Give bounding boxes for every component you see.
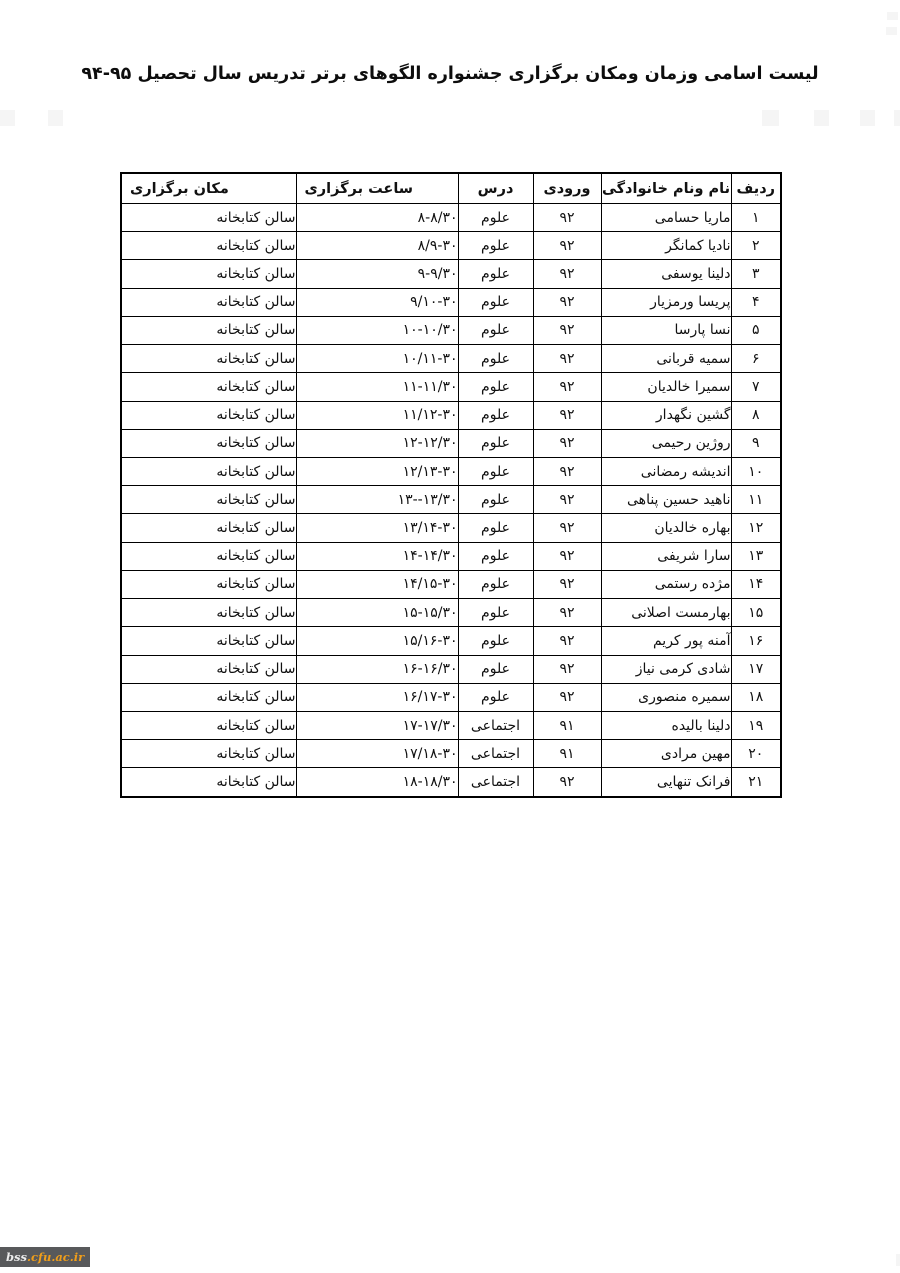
cell-rownum: ۲ — [731, 232, 781, 260]
registration-mark — [48, 110, 63, 126]
cell-location: سالن کتابخانه — [121, 345, 296, 373]
watermark-prefix: bss — [6, 1247, 27, 1267]
header-entry: ورودی — [533, 173, 601, 204]
cell-location: سالن کتابخانه — [121, 316, 296, 344]
cell-location: سالن کتابخانه — [121, 655, 296, 683]
cell-course: علوم — [458, 204, 533, 232]
header-time: ساعت برگزاری — [296, 173, 458, 204]
cell-rownum: ۱۷ — [731, 655, 781, 683]
cell-course: علوم — [458, 316, 533, 344]
cell-entry: ۹۲ — [533, 542, 601, 570]
cell-name: شادی کرمی نیاز — [601, 655, 731, 683]
cell-rownum: ۱۱ — [731, 486, 781, 514]
cell-time: ۱۲-۱۲/۳۰ — [296, 429, 458, 457]
cell-rownum: ۱۵ — [731, 599, 781, 627]
cell-location: سالن کتابخانه — [121, 401, 296, 429]
cell-location: سالن کتابخانه — [121, 204, 296, 232]
cell-name: نادیا کمانگر — [601, 232, 731, 260]
table-row: ۱۱ ناهید حسین پناهی ۹۲ علوم ۱۳--۱۳/۳۰ سا… — [121, 486, 781, 514]
cell-course: علوم — [458, 345, 533, 373]
table-row: ۱۹ دلینا بالیده ۹۱ اجتماعی ۱۷-۱۷/۳۰ سالن… — [121, 711, 781, 739]
cell-time: ۱۵/۱۶-۳۰ — [296, 627, 458, 655]
cell-location: سالن کتابخانه — [121, 683, 296, 711]
cell-time: ۹-۹/۳۰ — [296, 260, 458, 288]
cell-time: ۱۳--۱۳/۳۰ — [296, 486, 458, 514]
page-title: لیست اسامی وزمان ومکان برگزاری جشنواره ا… — [0, 64, 900, 84]
header-rownum: ردیف — [731, 173, 781, 204]
cell-course: علوم — [458, 401, 533, 429]
cell-location: سالن کتابخانه — [121, 711, 296, 739]
cell-rownum: ۱۸ — [731, 683, 781, 711]
cell-rownum: ۱ — [731, 204, 781, 232]
cell-time: ۱۱-۱۱/۳۰ — [296, 373, 458, 401]
table-row: ۹ روژین رحیمی ۹۲ علوم ۱۲-۱۲/۳۰ سالن کتاب… — [121, 429, 781, 457]
cell-location: سالن کتابخانه — [121, 740, 296, 768]
cell-location: سالن کتابخانه — [121, 514, 296, 542]
table-row: ۵ نسا پارسا ۹۲ علوم ۱۰-۱۰/۳۰ سالن کتابخا… — [121, 316, 781, 344]
page-title-years: ۹۴-۹۵ — [81, 64, 131, 84]
cell-location: سالن کتابخانه — [121, 288, 296, 316]
cell-name: سمیه قربانی — [601, 345, 731, 373]
cell-entry: ۹۲ — [533, 457, 601, 485]
registration-mark — [814, 110, 829, 126]
cell-entry: ۹۲ — [533, 768, 601, 797]
table-row: ۱۷ شادی کرمی نیاز ۹۲ علوم ۱۶-۱۶/۳۰ سالن … — [121, 655, 781, 683]
cell-location: سالن کتابخانه — [121, 768, 296, 797]
cell-name: روژین رحیمی — [601, 429, 731, 457]
table-row: ۱۸ سمیره منصوری ۹۲ علوم ۱۶/۱۷-۳۰ سالن کت… — [121, 683, 781, 711]
cell-course: علوم — [458, 514, 533, 542]
cell-rownum: ۱۲ — [731, 514, 781, 542]
header-location: مکان برگزاری — [121, 173, 296, 204]
registration-mark — [886, 27, 897, 35]
page-title-text: لیست اسامی وزمان ومکان برگزاری جشنواره ا… — [137, 64, 818, 84]
cell-name: پریسا ورمزیار — [601, 288, 731, 316]
cell-time: ۱۶/۱۷-۳۰ — [296, 683, 458, 711]
table-row: ۳ دلینا یوسفی ۹۲ علوم ۹-۹/۳۰ سالن کتابخا… — [121, 260, 781, 288]
cell-location: سالن کتابخانه — [121, 373, 296, 401]
header-name: نام ونام خانوادگی — [601, 173, 731, 204]
cell-time: ۱۵-۱۵/۳۰ — [296, 599, 458, 627]
cell-rownum: ۱۴ — [731, 570, 781, 598]
cell-name: ماریا حسامی — [601, 204, 731, 232]
cell-location: سالن کتابخانه — [121, 542, 296, 570]
cell-name: مهین مرادی — [601, 740, 731, 768]
table-row: ۶ سمیه قربانی ۹۲ علوم ۱۰/۱۱-۳۰ سالن کتاب… — [121, 345, 781, 373]
cell-location: سالن کتابخانه — [121, 457, 296, 485]
cell-time: ۸/۹-۳۰ — [296, 232, 458, 260]
cell-time: ۱۳/۱۴-۳۰ — [296, 514, 458, 542]
cell-course: علوم — [458, 373, 533, 401]
cell-location: سالن کتابخانه — [121, 570, 296, 598]
site-watermark: bss.cfu.ac.ir — [0, 1247, 90, 1267]
cell-entry: ۹۱ — [533, 711, 601, 739]
cell-time: ۱۰/۱۱-۳۰ — [296, 345, 458, 373]
cell-entry: ۹۲ — [533, 401, 601, 429]
cell-location: سالن کتابخانه — [121, 486, 296, 514]
table-row: ۱۶ آمنه پور کریم ۹۲ علوم ۱۵/۱۶-۳۰ سالن ک… — [121, 627, 781, 655]
table-row: ۷ سمیرا خالدیان ۹۲ علوم ۱۱-۱۱/۳۰ سالن کت… — [121, 373, 781, 401]
cell-rownum: ۱۹ — [731, 711, 781, 739]
cell-course: اجتماعی — [458, 740, 533, 768]
cell-course: علوم — [458, 486, 533, 514]
registration-mark — [887, 12, 898, 20]
cell-name: سمیره منصوری — [601, 683, 731, 711]
cell-name: دلینا بالیده — [601, 711, 731, 739]
cell-location: سالن کتابخانه — [121, 260, 296, 288]
cell-rownum: ۷ — [731, 373, 781, 401]
cell-name: سمیرا خالدیان — [601, 373, 731, 401]
watermark-suffix: .cfu.ac.ir — [27, 1247, 84, 1267]
cell-time: ۹/۱۰-۳۰ — [296, 288, 458, 316]
cell-time: ۱۴/۱۵-۳۰ — [296, 570, 458, 598]
cell-course: علوم — [458, 232, 533, 260]
cell-entry: ۹۲ — [533, 260, 601, 288]
cell-name: مژده رستمی — [601, 570, 731, 598]
cell-location: سالن کتابخانه — [121, 232, 296, 260]
table-row: ۸ گشین نگهدار ۹۲ علوم ۱۱/۱۲-۳۰ سالن کتاب… — [121, 401, 781, 429]
cell-course: علوم — [458, 627, 533, 655]
cell-name: نسا پارسا — [601, 316, 731, 344]
table-row: ۱۲ بهاره خالدیان ۹۲ علوم ۱۳/۱۴-۳۰ سالن ک… — [121, 514, 781, 542]
cell-entry: ۹۲ — [533, 655, 601, 683]
cell-entry: ۹۲ — [533, 232, 601, 260]
table-row: ۱۴ مژده رستمی ۹۲ علوم ۱۴/۱۵-۳۰ سالن کتاب… — [121, 570, 781, 598]
cell-time: ۱۱/۱۲-۳۰ — [296, 401, 458, 429]
cell-course: علوم — [458, 260, 533, 288]
cell-course: علوم — [458, 288, 533, 316]
cell-entry: ۹۲ — [533, 486, 601, 514]
header-course: درس — [458, 173, 533, 204]
cell-rownum: ۱۳ — [731, 542, 781, 570]
schedule-table: ردیف نام ونام خانوادگی ورودی درس ساعت بر… — [120, 172, 782, 798]
cell-location: سالن کتابخانه — [121, 599, 296, 627]
cell-name: فرانک تنهایی — [601, 768, 731, 797]
cell-entry: ۹۲ — [533, 683, 601, 711]
registration-mark — [762, 110, 779, 126]
header-row: ردیف نام ونام خانوادگی ورودی درس ساعت بر… — [121, 173, 781, 204]
cell-time: ۱۲/۱۳-۳۰ — [296, 457, 458, 485]
table-row: ۲ نادیا کمانگر ۹۲ علوم ۸/۹-۳۰ سالن کتابخ… — [121, 232, 781, 260]
cell-entry: ۹۲ — [533, 514, 601, 542]
cell-course: علوم — [458, 570, 533, 598]
cell-rownum: ۹ — [731, 429, 781, 457]
cell-entry: ۹۲ — [533, 204, 601, 232]
document-page: { "title": { "text": "لیست اسامی وزمان و… — [0, 0, 900, 1273]
registration-mark — [894, 110, 900, 126]
cell-time: ۸-۸/۳۰ — [296, 204, 458, 232]
cell-rownum: ۵ — [731, 316, 781, 344]
cell-time: ۱۶-۱۶/۳۰ — [296, 655, 458, 683]
table-row: ۴ پریسا ورمزیار ۹۲ علوم ۹/۱۰-۳۰ سالن کتا… — [121, 288, 781, 316]
cell-course: علوم — [458, 599, 533, 627]
cell-rownum: ۱۰ — [731, 457, 781, 485]
cell-course: علوم — [458, 429, 533, 457]
cell-name: بهاره خالدیان — [601, 514, 731, 542]
cell-name: بهارمست اصلانی — [601, 599, 731, 627]
table-row: ۱۳ سارا شریفی ۹۲ علوم ۱۴-۱۴/۳۰ سالن کتاب… — [121, 542, 781, 570]
table-row: ۱ ماریا حسامی ۹۲ علوم ۸-۸/۳۰ سالن کتابخا… — [121, 204, 781, 232]
cell-time: ۱۴-۱۴/۳۰ — [296, 542, 458, 570]
cell-time: ۱۰-۱۰/۳۰ — [296, 316, 458, 344]
cell-entry: ۹۲ — [533, 316, 601, 344]
cell-entry: ۹۲ — [533, 345, 601, 373]
cell-entry: ۹۲ — [533, 599, 601, 627]
cell-entry: ۹۲ — [533, 429, 601, 457]
cell-name: سارا شریفی — [601, 542, 731, 570]
cell-course: علوم — [458, 457, 533, 485]
cell-rownum: ۱۶ — [731, 627, 781, 655]
cell-rownum: ۲۰ — [731, 740, 781, 768]
cell-entry: ۹۱ — [533, 740, 601, 768]
cell-time: ۱۷/۱۸-۳۰ — [296, 740, 458, 768]
cell-name: آمنه پور کریم — [601, 627, 731, 655]
cell-name: گشین نگهدار — [601, 401, 731, 429]
table-row: ۱۵ بهارمست اصلانی ۹۲ علوم ۱۵-۱۵/۳۰ سالن … — [121, 599, 781, 627]
cell-entry: ۹۲ — [533, 627, 601, 655]
cell-course: اجتماعی — [458, 768, 533, 797]
cell-course: اجتماعی — [458, 711, 533, 739]
cell-entry: ۹۲ — [533, 570, 601, 598]
table-row: ۱۰ اندیشه رمضانی ۹۲ علوم ۱۲/۱۳-۳۰ سالن ک… — [121, 457, 781, 485]
cell-rownum: ۳ — [731, 260, 781, 288]
cell-rownum: ۸ — [731, 401, 781, 429]
cell-location: سالن کتابخانه — [121, 429, 296, 457]
cell-name: دلینا یوسفی — [601, 260, 731, 288]
cell-time: ۱۷-۱۷/۳۰ — [296, 711, 458, 739]
cell-course: علوم — [458, 655, 533, 683]
cell-entry: ۹۲ — [533, 288, 601, 316]
cell-rownum: ۴ — [731, 288, 781, 316]
registration-mark — [0, 110, 15, 126]
registration-mark — [860, 110, 875, 126]
cell-rownum: ۶ — [731, 345, 781, 373]
cell-name: اندیشه رمضانی — [601, 457, 731, 485]
table-row: ۲۱ فرانک تنهایی ۹۲ اجتماعی ۱۸-۱۸/۳۰ سالن… — [121, 768, 781, 797]
table-row: ۲۰ مهین مرادی ۹۱ اجتماعی ۱۷/۱۸-۳۰ سالن ک… — [121, 740, 781, 768]
cell-entry: ۹۲ — [533, 373, 601, 401]
registration-mark — [896, 1254, 900, 1266]
cell-time: ۱۸-۱۸/۳۰ — [296, 768, 458, 797]
cell-location: سالن کتابخانه — [121, 627, 296, 655]
cell-rownum: ۲۱ — [731, 768, 781, 797]
cell-course: علوم — [458, 683, 533, 711]
cell-course: علوم — [458, 542, 533, 570]
cell-name: ناهید حسین پناهی — [601, 486, 731, 514]
